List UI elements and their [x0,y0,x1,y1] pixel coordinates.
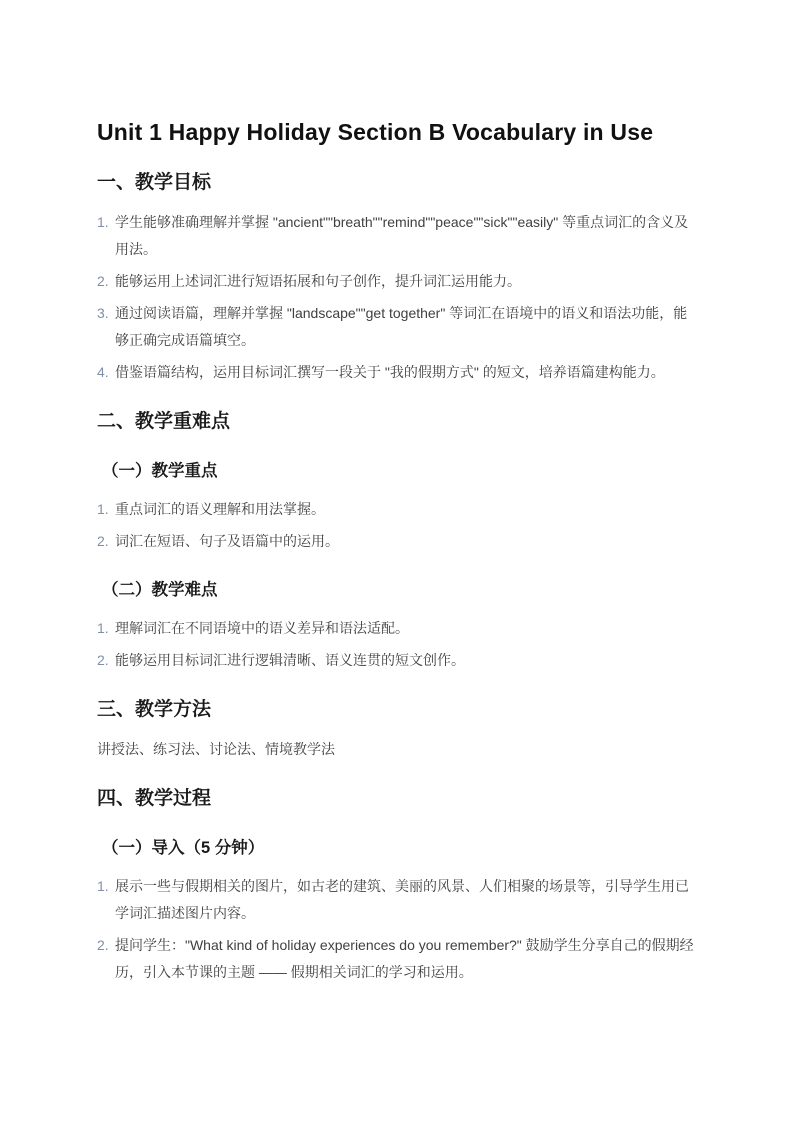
list-item-text: 重点词汇的语义理解和用法掌握。 [115,496,697,523]
list-item-text: 学生能够准确理解并掌握 "ancient""breath""remind""pe… [115,209,697,263]
list-item-text: 通过阅读语篇，理解并掌握 "landscape""get together" 等… [115,300,697,354]
list-item-text: 提问学生："What kind of holiday experiences d… [115,932,697,986]
list-item: 4. 借鉴语篇结构，运用目标词汇撰写一段关于 "我的假期方式" 的短文，培养语篇… [97,359,697,386]
list-item: 1. 理解词汇在不同语境中的语义差异和语法适配。 [97,615,697,642]
list-item-number: 2. [97,932,115,959]
list-item-number: 1. [97,209,115,236]
list-item: 2. 能够运用目标词汇进行逻辑清晰、语义连贯的短文创作。 [97,647,697,674]
subsection-heading-difficult-points: （二）教学难点 [97,577,697,603]
list-item: 2. 能够运用上述词汇进行短语拓展和句子创作，提升词汇运用能力。 [97,268,697,295]
list-item: 1. 展示一些与假期相关的图片，如古老的建筑、美丽的风景、人们相聚的场景等，引导… [97,873,697,927]
document-page: Unit 1 Happy Holiday Section B Vocabular… [0,0,794,1123]
list-item-number: 3. [97,300,115,327]
document-title: Unit 1 Happy Holiday Section B Vocabular… [97,117,697,147]
list-item-number: 2. [97,647,115,674]
list-item-number: 2. [97,528,115,555]
teaching-methods-text: 讲授法、练习法、讨论法、情境教学法 [97,736,697,763]
list-item-number: 4. [97,359,115,386]
list-item: 2. 提问学生："What kind of holiday experience… [97,932,697,986]
list-item-number: 2. [97,268,115,295]
key-points-list: 1. 重点词汇的语义理解和用法掌握。 2. 词汇在短语、句子及语篇中的运用。 [97,496,697,555]
section-heading-teaching-process: 四、教学过程 [97,785,697,813]
list-item: 1. 学生能够准确理解并掌握 "ancient""breath""remind"… [97,209,697,263]
section-heading-teaching-objectives: 一、教学目标 [97,169,697,197]
list-item-text: 借鉴语篇结构，运用目标词汇撰写一段关于 "我的假期方式" 的短文，培养语篇建构能… [115,359,697,386]
list-item-text: 能够运用目标词汇进行逻辑清晰、语义连贯的短文创作。 [115,647,697,674]
list-item-text: 能够运用上述词汇进行短语拓展和句子创作，提升词汇运用能力。 [115,268,697,295]
list-item-number: 1. [97,496,115,523]
list-item-text: 理解词汇在不同语境中的语义差异和语法适配。 [115,615,697,642]
list-item: 2. 词汇在短语、句子及语篇中的运用。 [97,528,697,555]
section-heading-teaching-methods: 三、教学方法 [97,696,697,724]
list-item: 3. 通过阅读语篇，理解并掌握 "landscape""get together… [97,300,697,354]
lead-in-list: 1. 展示一些与假期相关的图片，如古老的建筑、美丽的风景、人们相聚的场景等，引导… [97,873,697,986]
difficult-points-list: 1. 理解词汇在不同语境中的语义差异和语法适配。 2. 能够运用目标词汇进行逻辑… [97,615,697,674]
list-item-number: 1. [97,873,115,900]
list-item-text: 词汇在短语、句子及语篇中的运用。 [115,528,697,555]
list-item-number: 1. [97,615,115,642]
subsection-heading-key-points: （一）教学重点 [97,458,697,484]
objectives-list: 1. 学生能够准确理解并掌握 "ancient""breath""remind"… [97,209,697,386]
list-item: 1. 重点词汇的语义理解和用法掌握。 [97,496,697,523]
section-heading-key-difficult-points: 二、教学重难点 [97,408,697,436]
list-item-text: 展示一些与假期相关的图片，如古老的建筑、美丽的风景、人们相聚的场景等，引导学生用… [115,873,697,927]
subsection-heading-lead-in: （一）导入（5 分钟） [97,835,697,861]
